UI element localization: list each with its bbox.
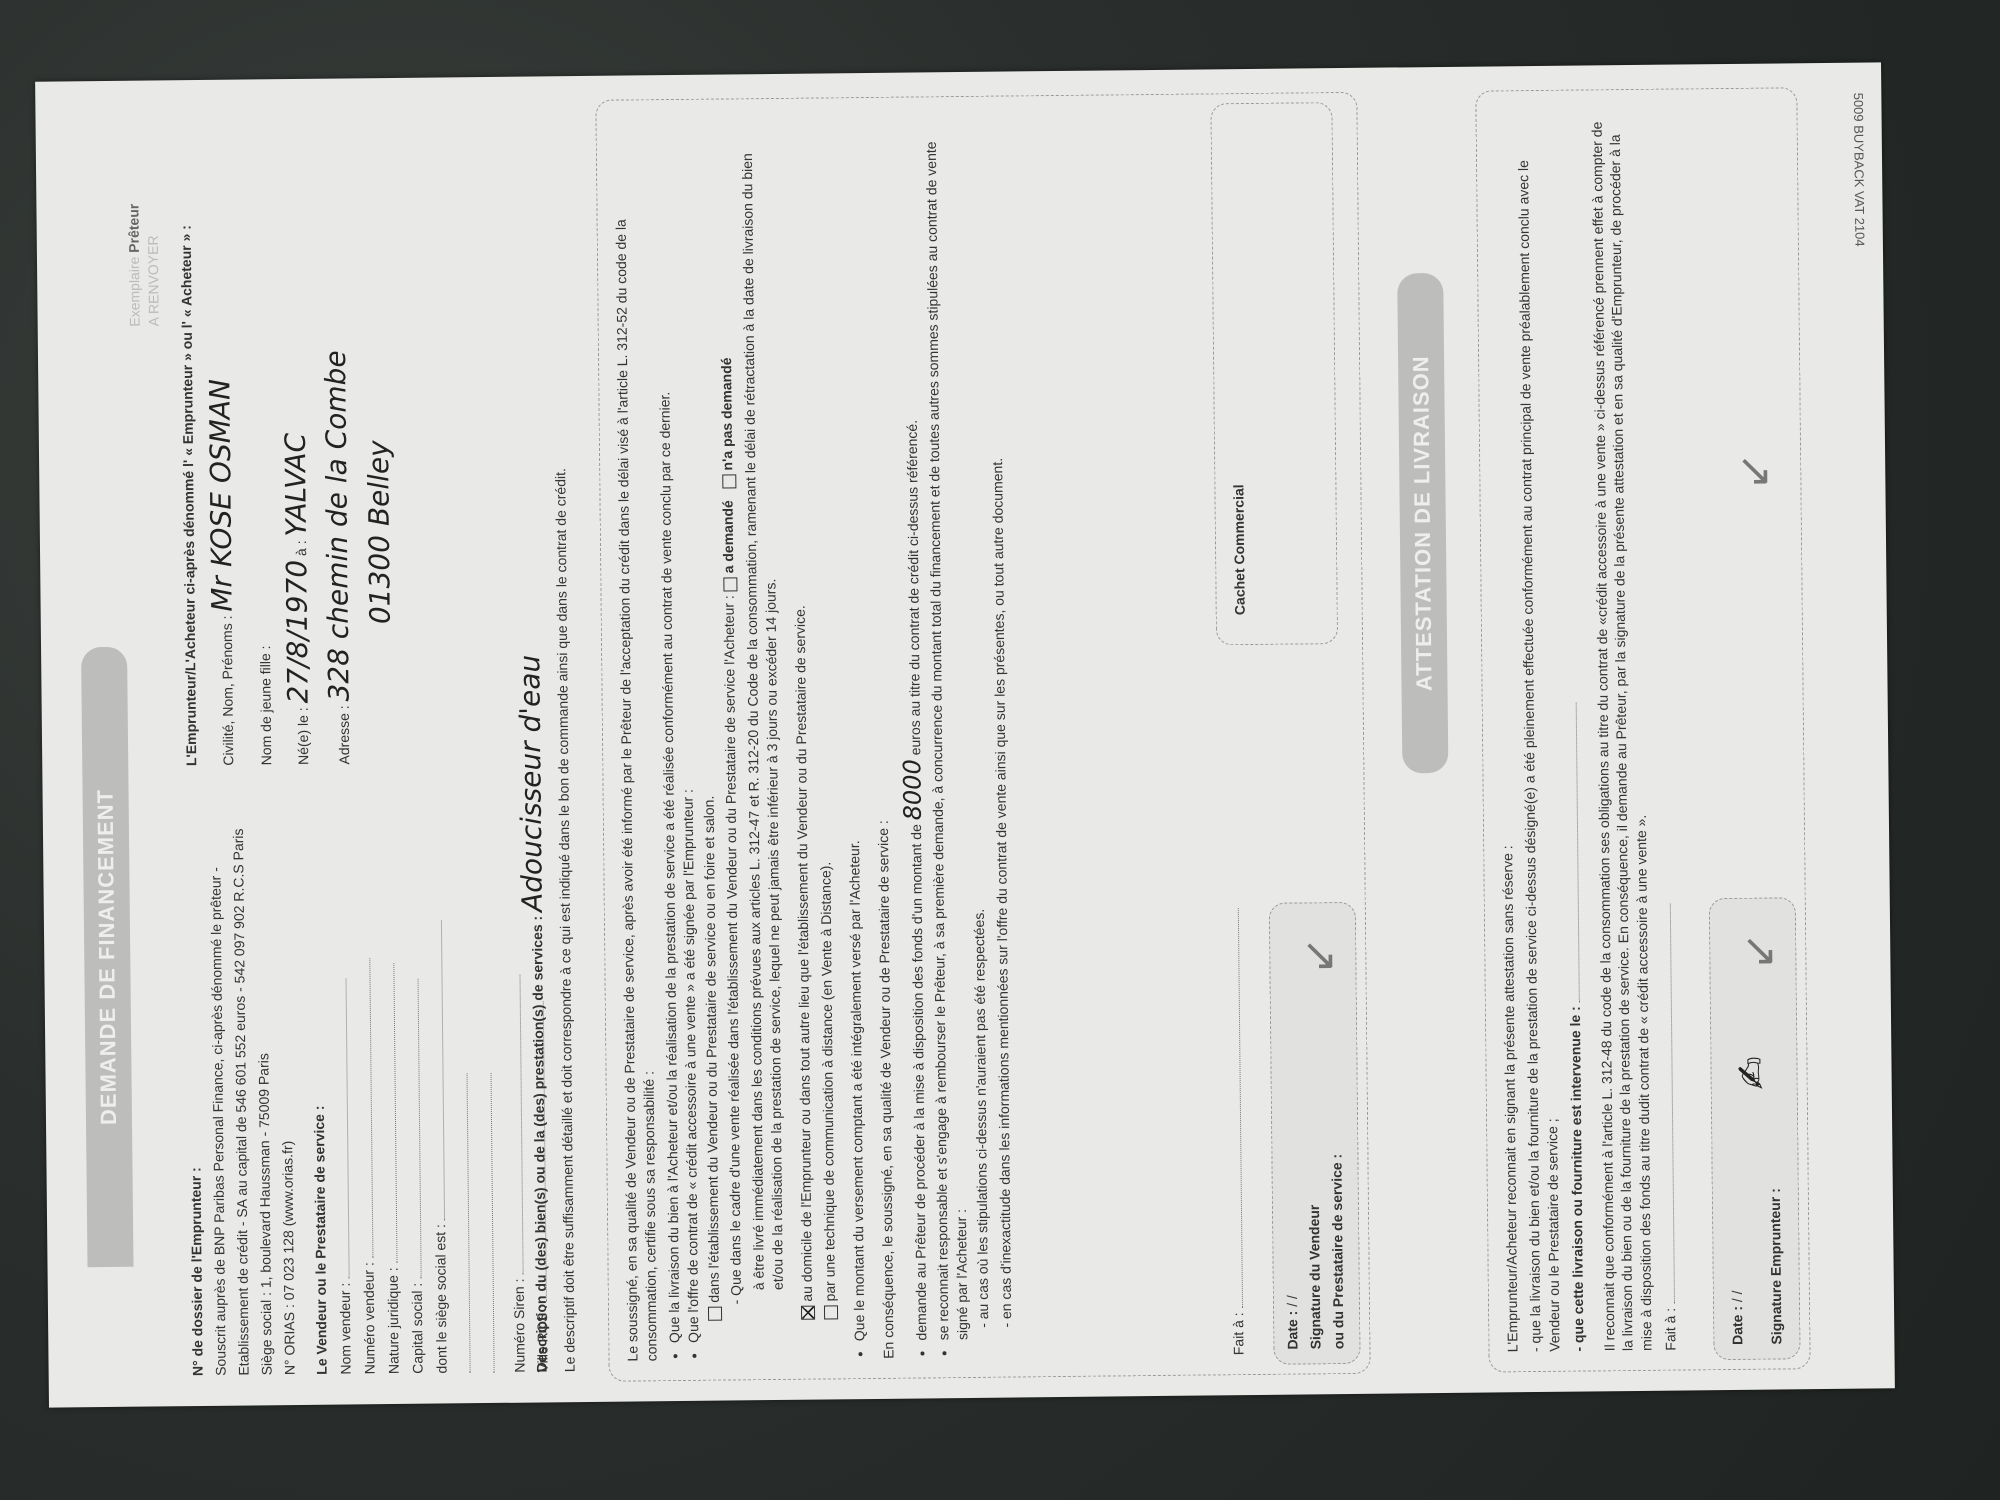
date-field[interactable]: / / (1284, 1295, 1300, 1307)
checkbox-home[interactable] (801, 1306, 815, 1320)
checkbox-distance[interactable] (824, 1305, 838, 1319)
section-title-financing: DEMANDE DE FINANCEMENT (81, 647, 133, 1267)
delivery-p2: Il reconnait que conformément à l'articl… (1587, 111, 1657, 1352)
opt-distance-label: par une technique de communication à dis… (817, 862, 838, 1302)
vendor-field[interactable]: Numéro vendeur : (354, 814, 380, 1374)
vendor-field-input[interactable] (427, 920, 445, 1220)
vendor-field-input[interactable] (332, 979, 350, 1279)
vendor-field-input[interactable] (356, 958, 374, 1258)
b-sign-label: Signature Emprunteur : (1766, 1188, 1787, 1345)
not-asked-label: n'a pas demandé (718, 357, 735, 470)
lender-line: Siège social : 1, boulevard Haussman - 7… (251, 815, 276, 1375)
vendor-field[interactable] (450, 813, 476, 1373)
checkbox-asked[interactable] (723, 577, 737, 591)
paper-sheet: DEMANDE DE FINANCEMENT Exemplaire Prêteu… (35, 62, 1895, 1407)
sign-label: Signature du Vendeur (1304, 1154, 1325, 1349)
vendor-field-input[interactable] (404, 979, 422, 1279)
lender-info: N° de dossier de l'Emprunteur : Souscrit… (183, 812, 557, 1376)
form-page: DEMANDE DE FINANCEMENT Exemplaire Prêteu… (35, 62, 1895, 1407)
sign-here-arrow-icon: ↙ (1729, 933, 1789, 970)
opt-store-detail: - Que dans le cadre d'une vente réalisée… (721, 595, 744, 1304)
opt-home-label: au domicile de l'Emprunteur ou dans tout… (792, 605, 815, 1302)
copy-faded: Exemplaire (126, 257, 143, 327)
fait-label: Fait à : (1230, 1312, 1246, 1355)
vendor-field[interactable]: Nom vendeur : (330, 814, 356, 1374)
stamp-label: Cachet Commercial (1229, 484, 1249, 615)
vendor-field-label: dont le siège social est : (432, 1224, 450, 1374)
c1-text: demande au Prêteur de procéder à la mise… (908, 824, 929, 1340)
vendor-field[interactable]: Nature juridique : (378, 814, 404, 1374)
delivery-fait-label: Fait à : (1662, 1308, 1678, 1351)
opt-store-delivery: à être livré immédiatement dans les cond… (738, 120, 788, 1320)
sign-here-arrow-icon: ↙ (1724, 453, 1784, 490)
sign-here-arrow-icon: ↙ (1289, 937, 1349, 974)
return-label: A RENVOYER (145, 235, 162, 326)
vendor-heading: Le Vendeur ou le Prestataire de service … (307, 815, 332, 1375)
vendor-field-label: Nature juridique : (385, 1267, 402, 1374)
vendor-field-input[interactable] (379, 963, 397, 1263)
address-field-2[interactable]: 01300 Belley (362, 440, 397, 624)
delivery-d2: - que cette livraison ou fourniture est … (1567, 1006, 1587, 1352)
birth-date-field[interactable]: 27/8/1970 (280, 560, 315, 704)
description-section: Description du (des) bien(s) ou de la (d… (505, 112, 583, 1373)
b-date-label: Date : (1729, 1306, 1745, 1345)
asked-label: a demandé (720, 500, 737, 573)
copy-label: Exemplaire PrêteurA RENVOYER (124, 203, 163, 326)
vendor-field-label: Numéro vendeur : (361, 1262, 378, 1374)
dossier-label: N° de dossier de l'Emprunteur : (183, 816, 208, 1376)
born-at-label: à : (293, 540, 309, 556)
certification-text: Le soussigné, en sa qualité de Vendeur o… (611, 118, 1021, 1362)
delivery-fait-field[interactable] (1656, 904, 1675, 1304)
vendor-field-label: Nom vendeur : (337, 1283, 354, 1375)
address-label: Adresse : (336, 705, 353, 764)
civility-field[interactable]: Mr KOSE OSMAN (203, 379, 238, 612)
b-date-field[interactable]: / / (1729, 1290, 1745, 1302)
date-label: Date : (1284, 1311, 1300, 1350)
vendor-sign: Date : / / Signature du Vendeur ou du Pr… (1281, 1154, 1352, 1350)
title-text: DEMANDE DE FINANCEMENT (91, 789, 124, 1125)
description-heading: Description du (des) bien(s) ou de la (d… (529, 916, 550, 1373)
opt-store-label: dans l'établissement du Vendeur ou du Pr… (700, 796, 721, 1303)
vendor-field[interactable] (473, 813, 499, 1373)
borrower-info: L'Emprunteur/L'Acheteur ci-après dénommé… (176, 124, 406, 766)
birth-place-field[interactable]: YALVAC (278, 433, 312, 537)
delivery-date-field[interactable] (1561, 702, 1579, 1002)
lender-line: Etablissement de crédit - SA au capital … (229, 816, 254, 1376)
vendor-field-input[interactable] (452, 1073, 470, 1373)
civility-label: Civilité, Nom, Prénoms : (219, 615, 237, 765)
vendor-field-label: Capital social : (409, 1283, 426, 1374)
vendor-field[interactable]: dont le siège social est : (426, 813, 452, 1373)
checkbox-not-asked[interactable] (722, 474, 736, 488)
delivery-title: ATTESTATION DE LIVRAISON (1406, 355, 1439, 691)
delivery-text: L'Emprunteur/Acheteur reconnait en signa… (1491, 111, 1685, 1353)
born-label: Né(e) le : (294, 707, 311, 765)
amount-field[interactable]: 8000 (898, 759, 927, 820)
vendor-field-input[interactable] (476, 1073, 494, 1373)
copy-bold: Prêteur (125, 204, 142, 253)
borrower-heading: L'Emprunteur/L'Acheteur ci-après dénommé… (176, 126, 202, 766)
description-field[interactable]: Adoucisseur d'eau (513, 655, 549, 912)
cert-bullet: Que le montant du versement comptant a é… (837, 119, 869, 1341)
section-title-delivery: ATTESTATION DE LIVRAISON (1397, 273, 1448, 773)
form-code: 5009 BUYBACK VAT 2104 (1850, 93, 1869, 247)
lender-line: N° ORIAS : 07 023 128 (www.orias.fr) (274, 815, 299, 1375)
address-field[interactable]: 328 chemin de la Combe (319, 350, 356, 701)
checkbox-store[interactable] (708, 1307, 722, 1321)
maiden-label: Nom de jeune fille : (257, 645, 274, 765)
lender-line: Souscrit auprès de BNP Paribas Personal … (206, 816, 231, 1376)
sign-label-2: ou du Prestataire de service : (1327, 1154, 1348, 1349)
vendor-field[interactable]: Capital social : (402, 814, 428, 1374)
borrower-signature: ✍ (1725, 1056, 1779, 1090)
borrower-sign: Date : / / Signature Emprunteur : (1727, 1188, 1790, 1345)
c1-text-end: euros au titre du contrat de crédit ci-d… (903, 420, 923, 756)
fait-field[interactable] (1224, 908, 1243, 1308)
